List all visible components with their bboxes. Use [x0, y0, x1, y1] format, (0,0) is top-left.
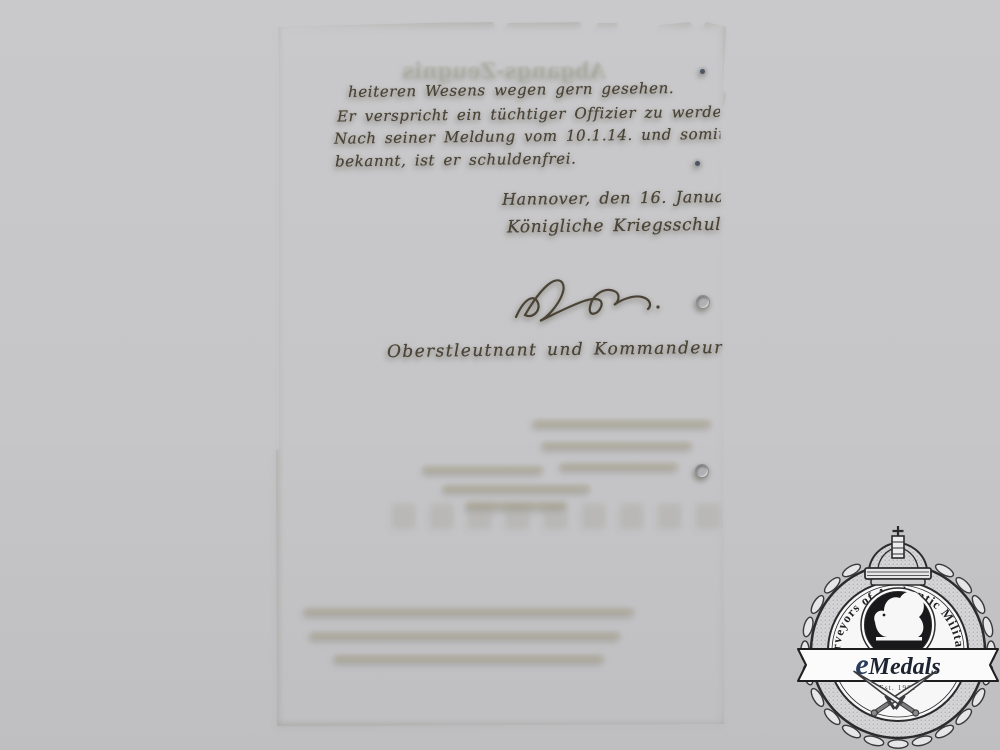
handwriting-line: heiteren Wesens wegen gern gesehen.	[348, 79, 674, 101]
emedals-logo: Purveyors of Authentic Militaria eMedals	[792, 525, 1000, 749]
show-through-smudge	[310, 632, 620, 639]
punch-hole	[696, 295, 710, 309]
ink-dot	[695, 161, 700, 166]
handwriting-line: bekannt, ist er schuldenfrei.	[335, 150, 577, 171]
handwriting-line: Nach seiner Meldung vom 10.1.14. und som…	[334, 124, 767, 147]
show-through-smudge	[533, 420, 711, 427]
crown-icon	[865, 526, 931, 585]
ink-dot	[700, 69, 705, 74]
emedals-watermark: Purveyors of Authentic Militaria eMedals	[792, 525, 1000, 749]
show-through-large-lettering	[392, 502, 726, 528]
show-through-smudge	[542, 442, 692, 449]
show-through-smudge	[334, 655, 604, 662]
brand-banner: eMedals	[798, 648, 998, 681]
show-through-smudge	[304, 608, 634, 615]
issuing-institution-line: Königliche Kriegsschule.	[507, 215, 738, 238]
date-place-line: Hannover, den 16. Januar 1914.	[502, 186, 791, 209]
document-photo: Abgangs-Zeugnis heiteren Wesens wegen ge…	[274, 20, 728, 728]
show-through-smudge	[443, 485, 590, 492]
militaria-photo-listing: { "colors": { "background": "#c6c6c8", "…	[0, 0, 1000, 750]
handwriting-line: Er verspricht ein tüchtiger Offizier zu …	[337, 103, 738, 126]
aged-paper-sheet: Abgangs-Zeugnis heiteren Wesens wegen ge…	[274, 20, 728, 728]
show-through-smudge	[560, 463, 678, 470]
signer-rank-line: Oberstleutnant und Kommandeur.	[387, 338, 729, 362]
show-through-smudge	[423, 466, 543, 473]
signature	[510, 273, 670, 335]
punch-hole	[695, 464, 709, 478]
